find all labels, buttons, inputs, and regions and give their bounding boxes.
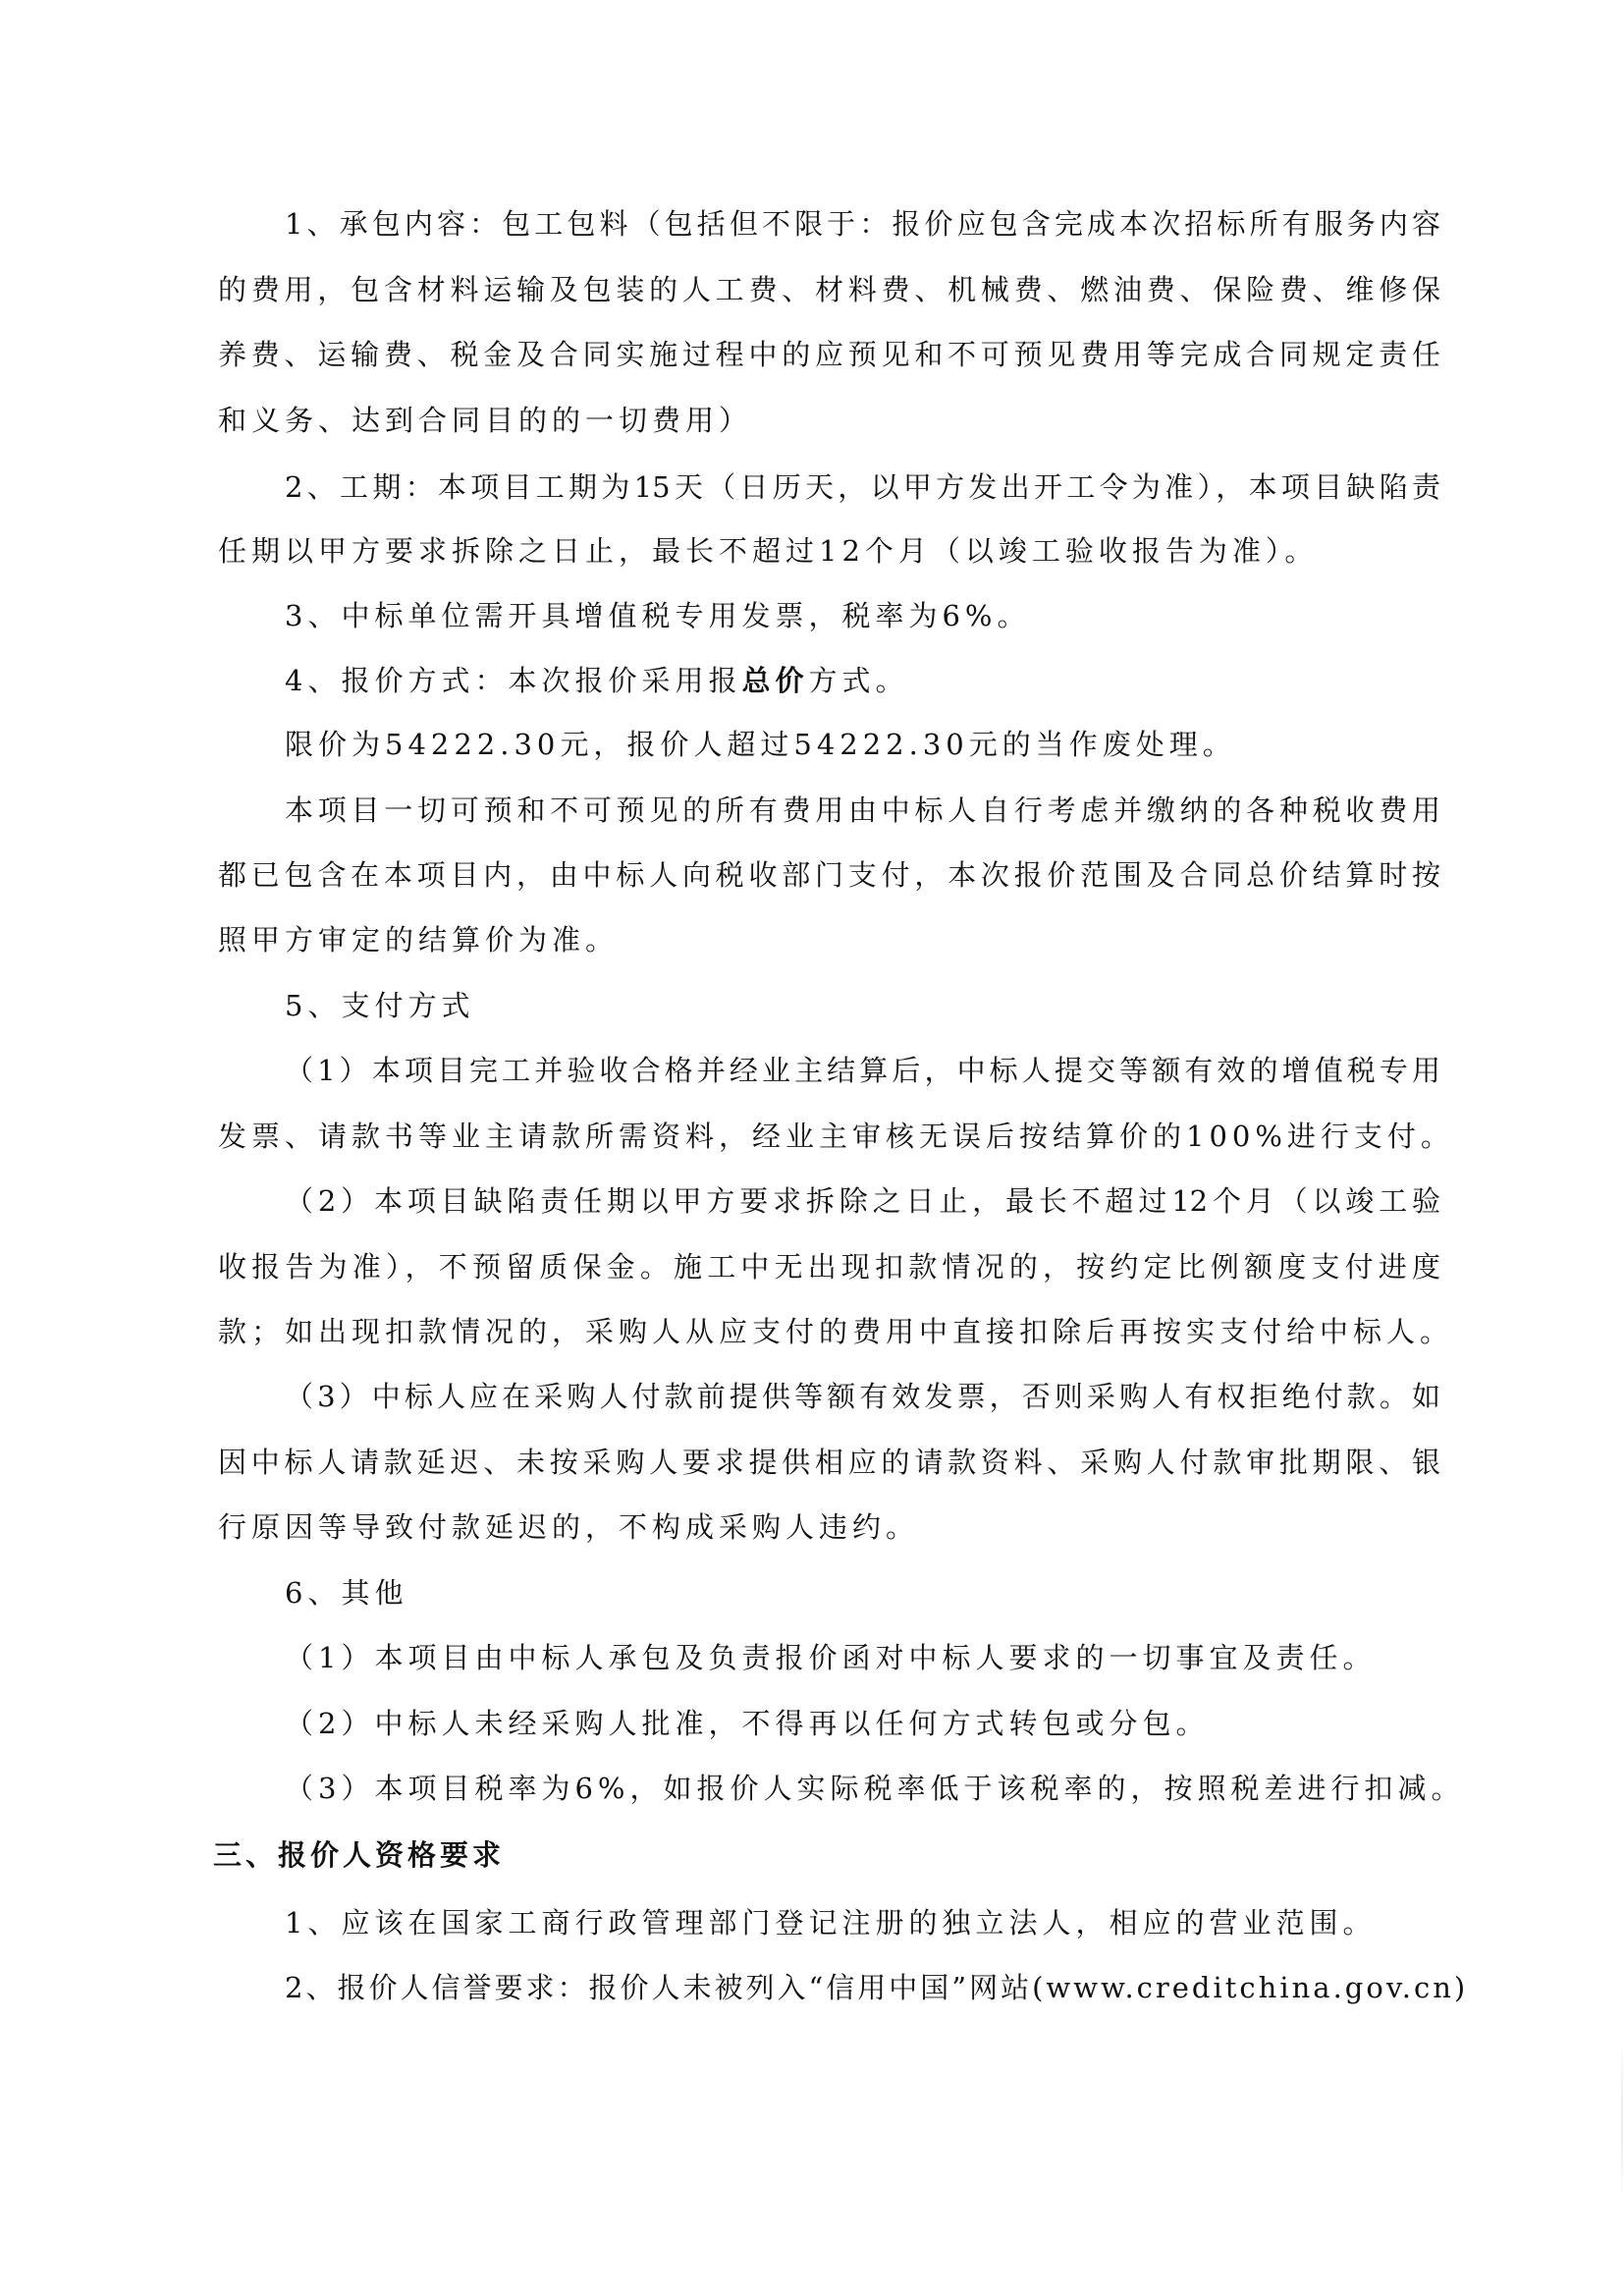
item4-suffix: 方式。 <box>808 664 908 697</box>
section-3-item2: 2、报价人信誉要求：报价人未被列入“信用中国”网站(www.creditchin… <box>285 1968 1440 2007</box>
tax-note-line2: 都已包含在本项目内，由中标人向税收部门支付，本次报价范围及合同总价结算时按 <box>218 855 1440 895</box>
item5-sub1-line1: （1）本项目完工并验收合格并经业主结算后，中标人提交等额有效的增值税专用 <box>285 1051 1440 1090</box>
item5-sub3-line3: 行原因等导致付款延迟的，不构成采购人违约。 <box>218 1507 1440 1547</box>
item6-sub3: （3）本项目税率为6%，如报价人实际税率低于该税率的，按照税差进行扣减。 <box>285 1769 1440 1808</box>
item4-prefix: 4、报价方式：本次报价采用报 <box>285 664 741 697</box>
item5-sub1-line2: 发票、请款书等业主请款所需资料，经业主审核无误后按结算价的100%进行支付。 <box>218 1117 1440 1156</box>
item1-line3: 养费、运输费、税金及合同实施过程中的应预见和不可预见费用等完成合同规定责任 <box>218 335 1440 374</box>
item5-sub3-line1: （3）中标人应在采购人付款前提供等额有效发票，否则采购人有权拒绝付款。如 <box>285 1377 1440 1416</box>
item5-sub3-line2: 因中标人请款延迟、未按采购人要求提供相应的请款资料、采购人付款审批期限、银 <box>218 1443 1440 1482</box>
item1-line4: 和义务、达到合同目的的一切费用） <box>218 401 1440 440</box>
tax-note-line3: 照甲方审定的结算价为准。 <box>218 920 1440 959</box>
document-page: 1、承包内容：包工包料（包括但不限于：报价应包含完成本次招标所有服务内容 的费用… <box>0 0 1624 2296</box>
item4-bold-total-price: 总价 <box>741 664 808 697</box>
item6-sub2: （2）中标人未经采购人批准，不得再以任何方式转包或分包。 <box>285 1704 1440 1743</box>
item1-line2: 的费用，包含材料运输及包装的人工费、材料费、机械费、燃油费、保险费、维修保 <box>218 270 1440 309</box>
item6-sub1: （1）本项目由中标人承包及负责报价函对中标人要求的一切事宜及责任。 <box>285 1638 1440 1677</box>
item5-sub2-line1: （2）本项目缺陷责任期以甲方要求拆除之日止，最长不超过12个月（以竣工验 <box>285 1181 1440 1221</box>
item5-sub2-line3: 款；如出现扣款情况的，采购人从应支付的费用中直接扣除后再按实支付给中标人。 <box>218 1312 1440 1351</box>
item3-line: 3、中标单位需开具增值税专用发票，税率为6%。 <box>285 596 1440 635</box>
item2-line1: 2、工期：本项目工期为15天（日历天，以甲方发出开工令为准），本项目缺陷责 <box>285 467 1440 507</box>
item2-line2: 任期以甲方要求拆除之日止，最长不超过12个月（以竣工验收报告为准）。 <box>218 531 1440 571</box>
item5-title: 5、支付方式 <box>285 986 1440 1025</box>
section-3-heading: 三、报价人资格要求 <box>213 1835 1435 1875</box>
item5-sub2-line2: 收报告为准），不预留质保金。施工中无出现扣款情况的，按约定比例额度支付进度 <box>218 1247 1440 1286</box>
price-limit-line: 限价为54222.30元，报价人超过54222.30元的当作废处理。 <box>285 725 1440 764</box>
section-3-item1: 1、应该在国家工商行政管理部门登记注册的独立法人，相应的营业范围。 <box>285 1903 1440 1942</box>
item1-line1: 1、承包内容：包工包料（包括但不限于：报价应包含完成本次招标所有服务内容 <box>285 204 1440 244</box>
tax-note-line1: 本项目一切可预和不可预见的所有费用由中标人自行考虑并缴纳的各种税收费用 <box>285 791 1440 830</box>
item6-title: 6、其他 <box>285 1573 1440 1613</box>
item4-line: 4、报价方式：本次报价采用报总价方式。 <box>285 661 1440 700</box>
scan-edge-artifact <box>1621 2043 1623 2200</box>
